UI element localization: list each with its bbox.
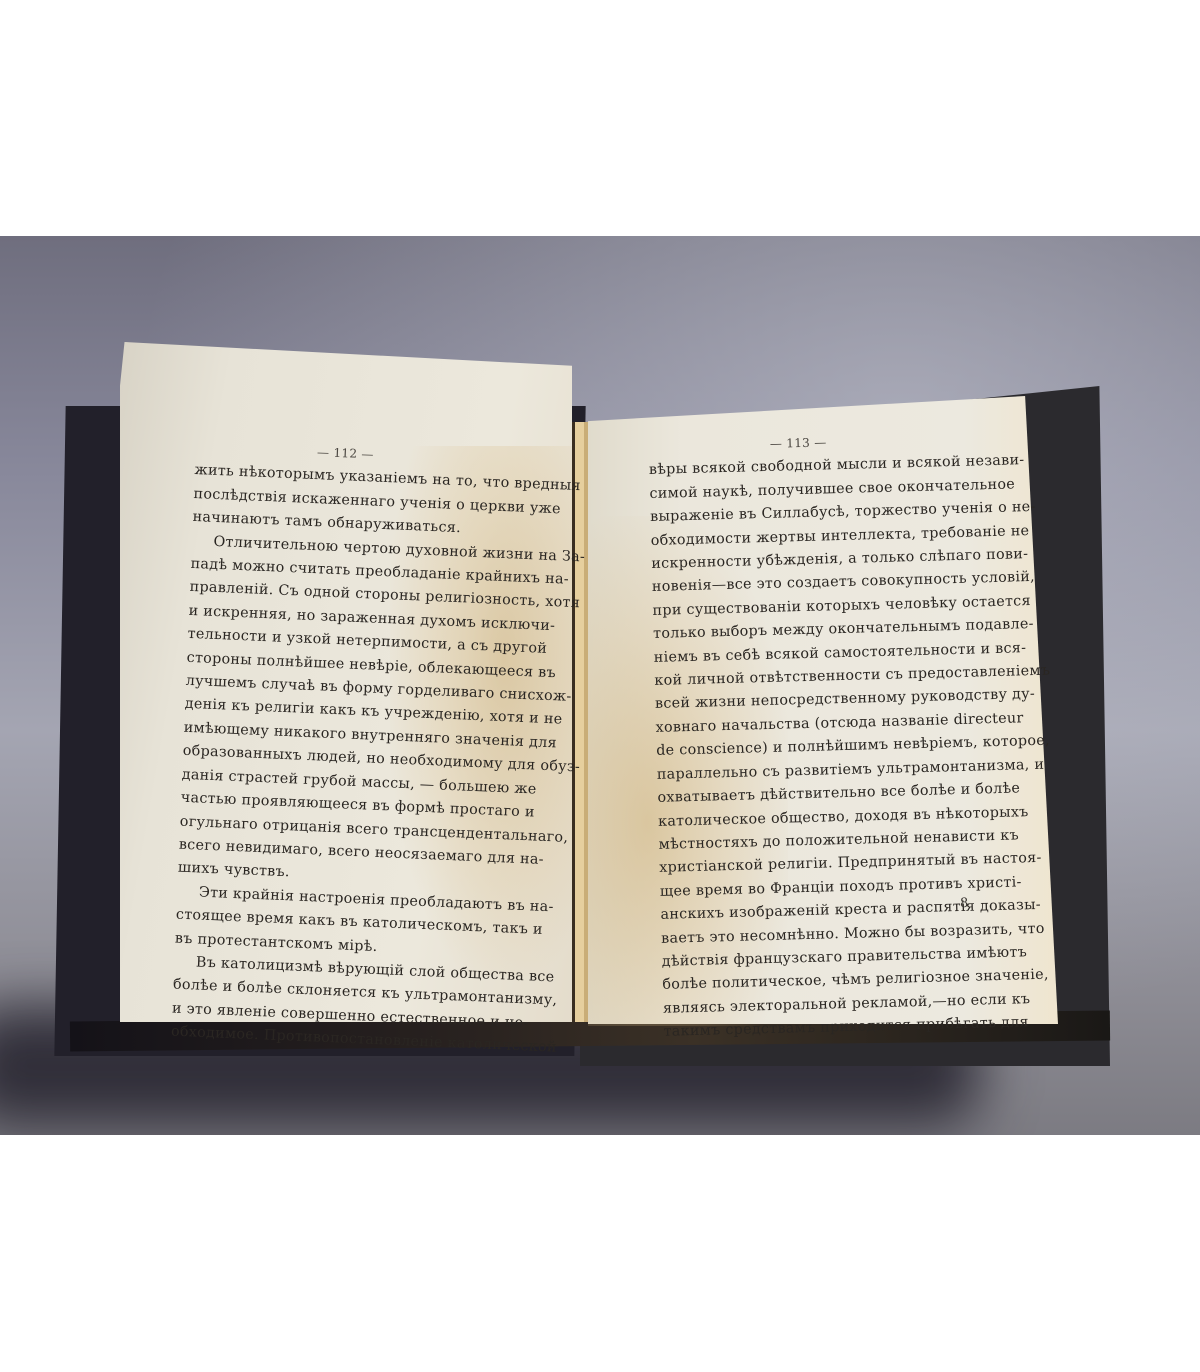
left-page-text: — 112 — жить нѣкоторымъ указаніемъ на то…	[171, 436, 594, 1061]
right-page-text: — 113 — вѣры всякой свободной мысли и вс…	[648, 426, 1060, 1045]
book-photo: — 112 — жить нѣкоторымъ указаніемъ на то…	[0, 236, 1200, 1135]
signature-mark: 8	[960, 896, 969, 911]
